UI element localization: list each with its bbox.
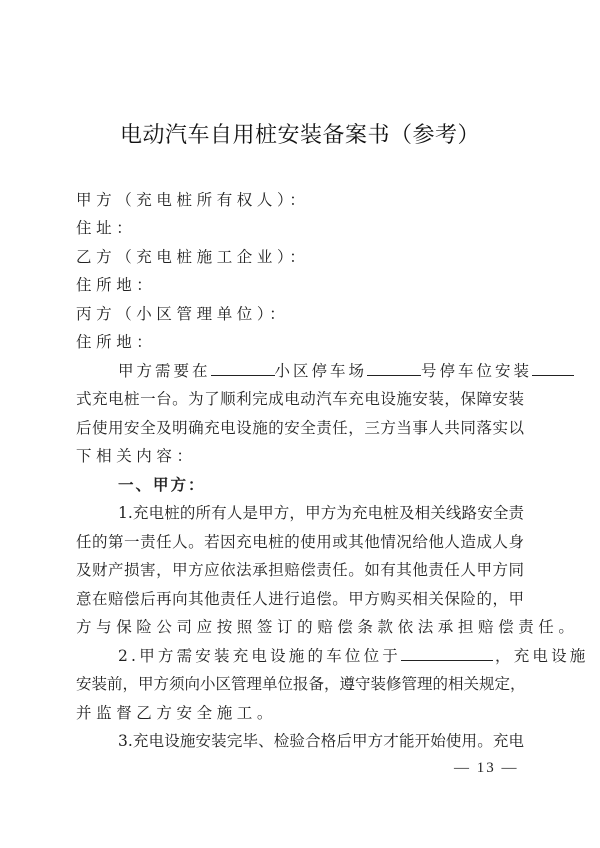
community-name-blank	[211, 357, 275, 376]
intro-text-b: 小区停车场	[275, 362, 368, 380]
item-1-line-3: 及财产损害，甲方应依法承担赔偿责任。如有其他责任人甲方同	[76, 556, 524, 584]
item-2-line-2: 安装前，甲方须向小区管理单位报备，遵守装修管理的相关规定，	[76, 670, 524, 698]
item-1-line-2: 任的第一责任人。若因充电桩的使用或其他情况给他人造成人身	[76, 528, 524, 556]
intro-text-a: 甲方需要在	[118, 362, 211, 380]
item-1-line-4: 意在赔偿后再向其他责任人进行追偿。甲方购买相关保险的，甲	[76, 585, 524, 613]
party-c-address-label: 住所地：	[76, 328, 524, 356]
intro-text-c: 号停车位安装	[421, 362, 532, 380]
item-1-line-1: 1.充电桩的所有人是甲方，甲方为充电桩及相关线路安全责	[118, 499, 524, 527]
intro-line-1: 甲方需要在小区停车场号停车位安装	[118, 357, 524, 385]
intro-line-4: 下相关内容：	[76, 442, 524, 470]
intro-line-2: 式充电桩一台。为了顺利完成电动汽车充电设施安装，保障安装	[76, 385, 524, 413]
document-title: 电动汽车自用桩安装备案书（参考）	[0, 118, 600, 149]
item-2-text-a: 2.甲方需安装充电设施的车位位于	[118, 647, 401, 665]
item-2-line-3: 并监督乙方安全施工。	[76, 699, 524, 727]
item-3-line-1: 3.充电设施安装完毕、检验合格后甲方才能开始使用。充电	[118, 727, 524, 755]
page-number: — 13 —	[454, 760, 519, 777]
charger-type-blank	[532, 357, 574, 376]
parking-location-blank	[401, 642, 493, 661]
party-b-label: 乙方（充电桩施工企业）：	[76, 243, 524, 271]
party-b-address-label: 住所地：	[76, 271, 524, 299]
item-2-line-1: 2.甲方需安装充电设施的车位位于，充电设施	[118, 642, 524, 670]
item-1-line-5: 方与保险公司应按照签订的赔偿条款依法承担赔偿责任。	[76, 613, 524, 641]
item-2-text-b: ，充电设施	[495, 647, 589, 665]
party-a-label: 甲方（充电桩所有权人）：	[76, 186, 524, 214]
section-1-heading: 一、甲方：	[118, 471, 524, 499]
intro-line-3: 后使用安全及明确充电设施的安全责任，三方当事人共同落实以	[76, 414, 524, 442]
party-a-address-label: 住址：	[76, 214, 524, 242]
parking-space-number-blank	[367, 357, 421, 376]
party-c-label: 丙方（小区管理单位）：	[76, 300, 524, 328]
